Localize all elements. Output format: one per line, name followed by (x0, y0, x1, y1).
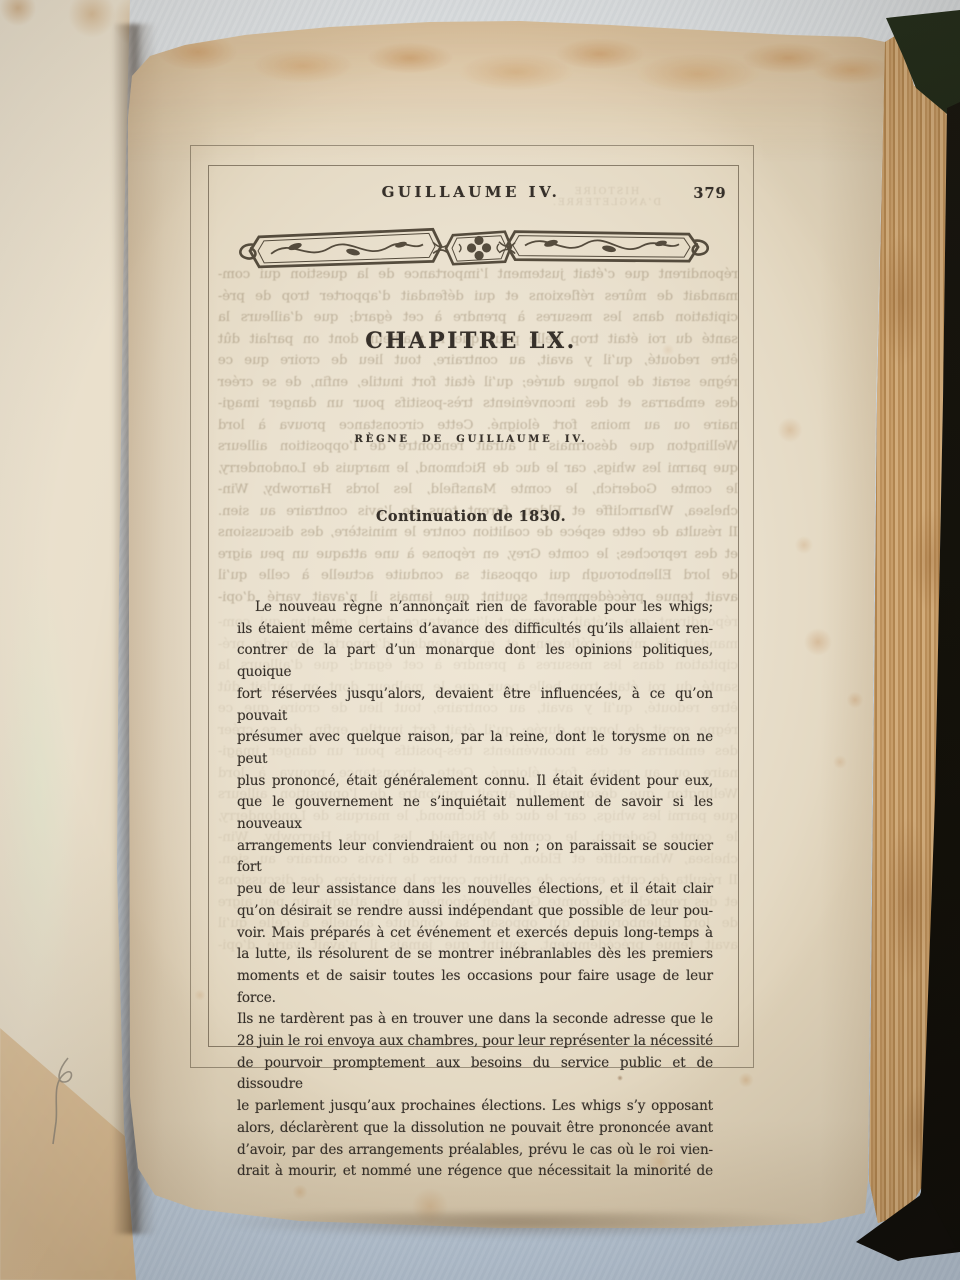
text-line: plus prononcé, était généralement connu.… (237, 771, 713, 793)
text-line: que le gouvernement ne s’inquiétait null… (237, 792, 713, 835)
text-line: Le nouveau règne n’annonçait rien de fav… (237, 597, 713, 619)
subsection-heading: Continuation de 1830. (190, 508, 752, 525)
text-line: d’avoir, par des arrangements préalables… (237, 1140, 713, 1162)
text-line: ils étaient même certains d’avance des d… (237, 619, 713, 641)
text-line: de pourvoir promptement aux besoins du s… (237, 1053, 713, 1096)
text-line: la lutte, ils résolurent de se montrer i… (237, 944, 713, 966)
left-page-sheen (0, 560, 78, 1030)
section-heading: RÈGNE DE GUILLAUME IV. (190, 434, 752, 445)
text-line: moments et de saisir toutes les occasion… (237, 966, 713, 1009)
text-line: drait à mourir, et nommé une régence que… (237, 1161, 713, 1183)
text-line: le parlement jusqu’aux prochaines électi… (237, 1096, 713, 1118)
page-drop-shadow (140, 1212, 890, 1246)
book-photo: HISTOIRE D’ANGLETERRE. répondirent que c… (0, 0, 960, 1280)
running-header: GUILLAUME IV. (190, 183, 752, 201)
text-line: fort réservées jusqu’alors, devaient êtr… (237, 684, 713, 727)
text-line: contrer de la part d’un monarque dont le… (237, 640, 713, 683)
text-line: voir. Mais préparés à cet événement et e… (237, 923, 713, 945)
text-line: qu’on désirait se rendre aussi indépenda… (237, 901, 713, 923)
text-line: 28 juin le roi envoya aux chambres, pour… (237, 1031, 713, 1053)
text-line: alors, déclarèrent que la dissolution ne… (237, 1118, 713, 1140)
header-ornament (233, 220, 715, 270)
text-line: peu de leur assistance dans les nouvelle… (237, 879, 713, 901)
text-line: présumer avec quelque raison, par la rei… (237, 727, 713, 770)
pencil-squiggle-mark (44, 1052, 88, 1148)
body-paragraph: Le nouveau règne n’annonçait rien de fav… (237, 597, 713, 1183)
text-line: arrangements leur conviendraient ou non … (237, 836, 713, 879)
page-number: 379 (680, 185, 740, 202)
right-page: HISTOIRE D’ANGLETERRE. répondirent que c… (128, 0, 890, 1280)
text-line: Ils ne tardèrent pas à en trouver une da… (237, 1009, 713, 1031)
chapter-heading: CHAPITRE LX. (190, 328, 752, 354)
